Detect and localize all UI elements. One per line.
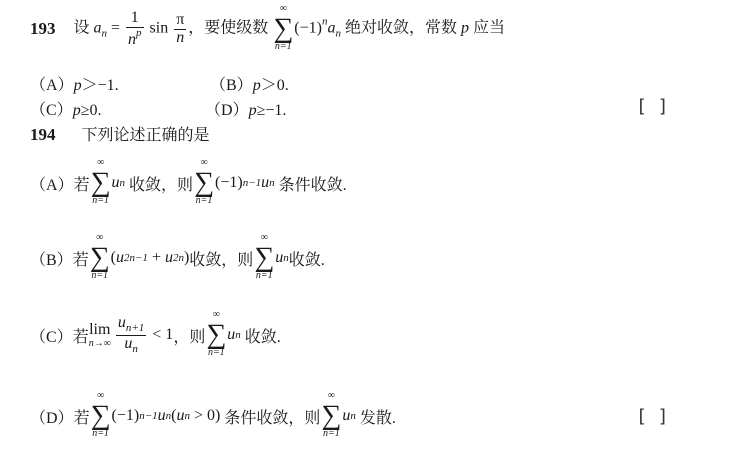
- question-number: 193: [30, 19, 56, 39]
- summation: ∞∑n=1: [254, 233, 274, 283]
- question-title: 下列论述正确的是: [82, 127, 210, 144]
- option-a: （A） 若 ∞∑n=1 un 收敛，则 ∞∑n=1 (−1)n−1 un 条件收…: [30, 158, 347, 208]
- summation: ∞∑n=1: [91, 391, 111, 441]
- summation: ∞∑n=1: [206, 310, 226, 360]
- option-b: （B）p＞0.: [210, 72, 289, 95]
- option-c: （C）p≥0.: [30, 97, 101, 120]
- answer-bracket-194[interactable]: [ ]: [636, 406, 669, 427]
- option-d: （D） 若 ∞∑n=1 (−1)n−1 un (un > 0) 条件收敛，则 ∞…: [30, 391, 396, 441]
- fraction: π n: [174, 12, 186, 47]
- question-194: 194 下列论述正确的是: [30, 122, 210, 145]
- limit: limn→∞: [89, 321, 111, 350]
- question-text: 设 an = 1 np sin π n ，要使级数 ∞ ∑ n=1 (−1)na…: [74, 4, 506, 54]
- question-193: 193 设 an = 1 np sin π n ，要使级数 ∞ ∑ n=1 (−…: [30, 4, 505, 54]
- fraction: 1 np: [126, 10, 144, 49]
- summation: ∞∑n=1: [194, 158, 214, 208]
- summation: ∞∑n=1: [90, 233, 110, 283]
- fraction: un+1 un: [116, 315, 146, 355]
- option-d: （D）p≥−1.: [205, 97, 286, 120]
- summation: ∞∑n=1: [91, 158, 111, 208]
- option-a: （A）p＞−1.: [30, 72, 119, 95]
- summation: ∞ ∑ n=1: [273, 4, 293, 54]
- option-c: （C） 若 limn→∞ un+1 un < 1 ，则 ∞∑n=1 un 收敛.: [30, 310, 281, 360]
- question-number: 194: [30, 125, 56, 144]
- answer-bracket-193[interactable]: [ ]: [636, 96, 669, 117]
- summation: ∞∑n=1: [321, 391, 341, 441]
- option-b: （B） 若 ∞∑n=1 ( u2n−1 + u2n ) 收敛，则 ∞∑n=1 u…: [30, 233, 325, 283]
